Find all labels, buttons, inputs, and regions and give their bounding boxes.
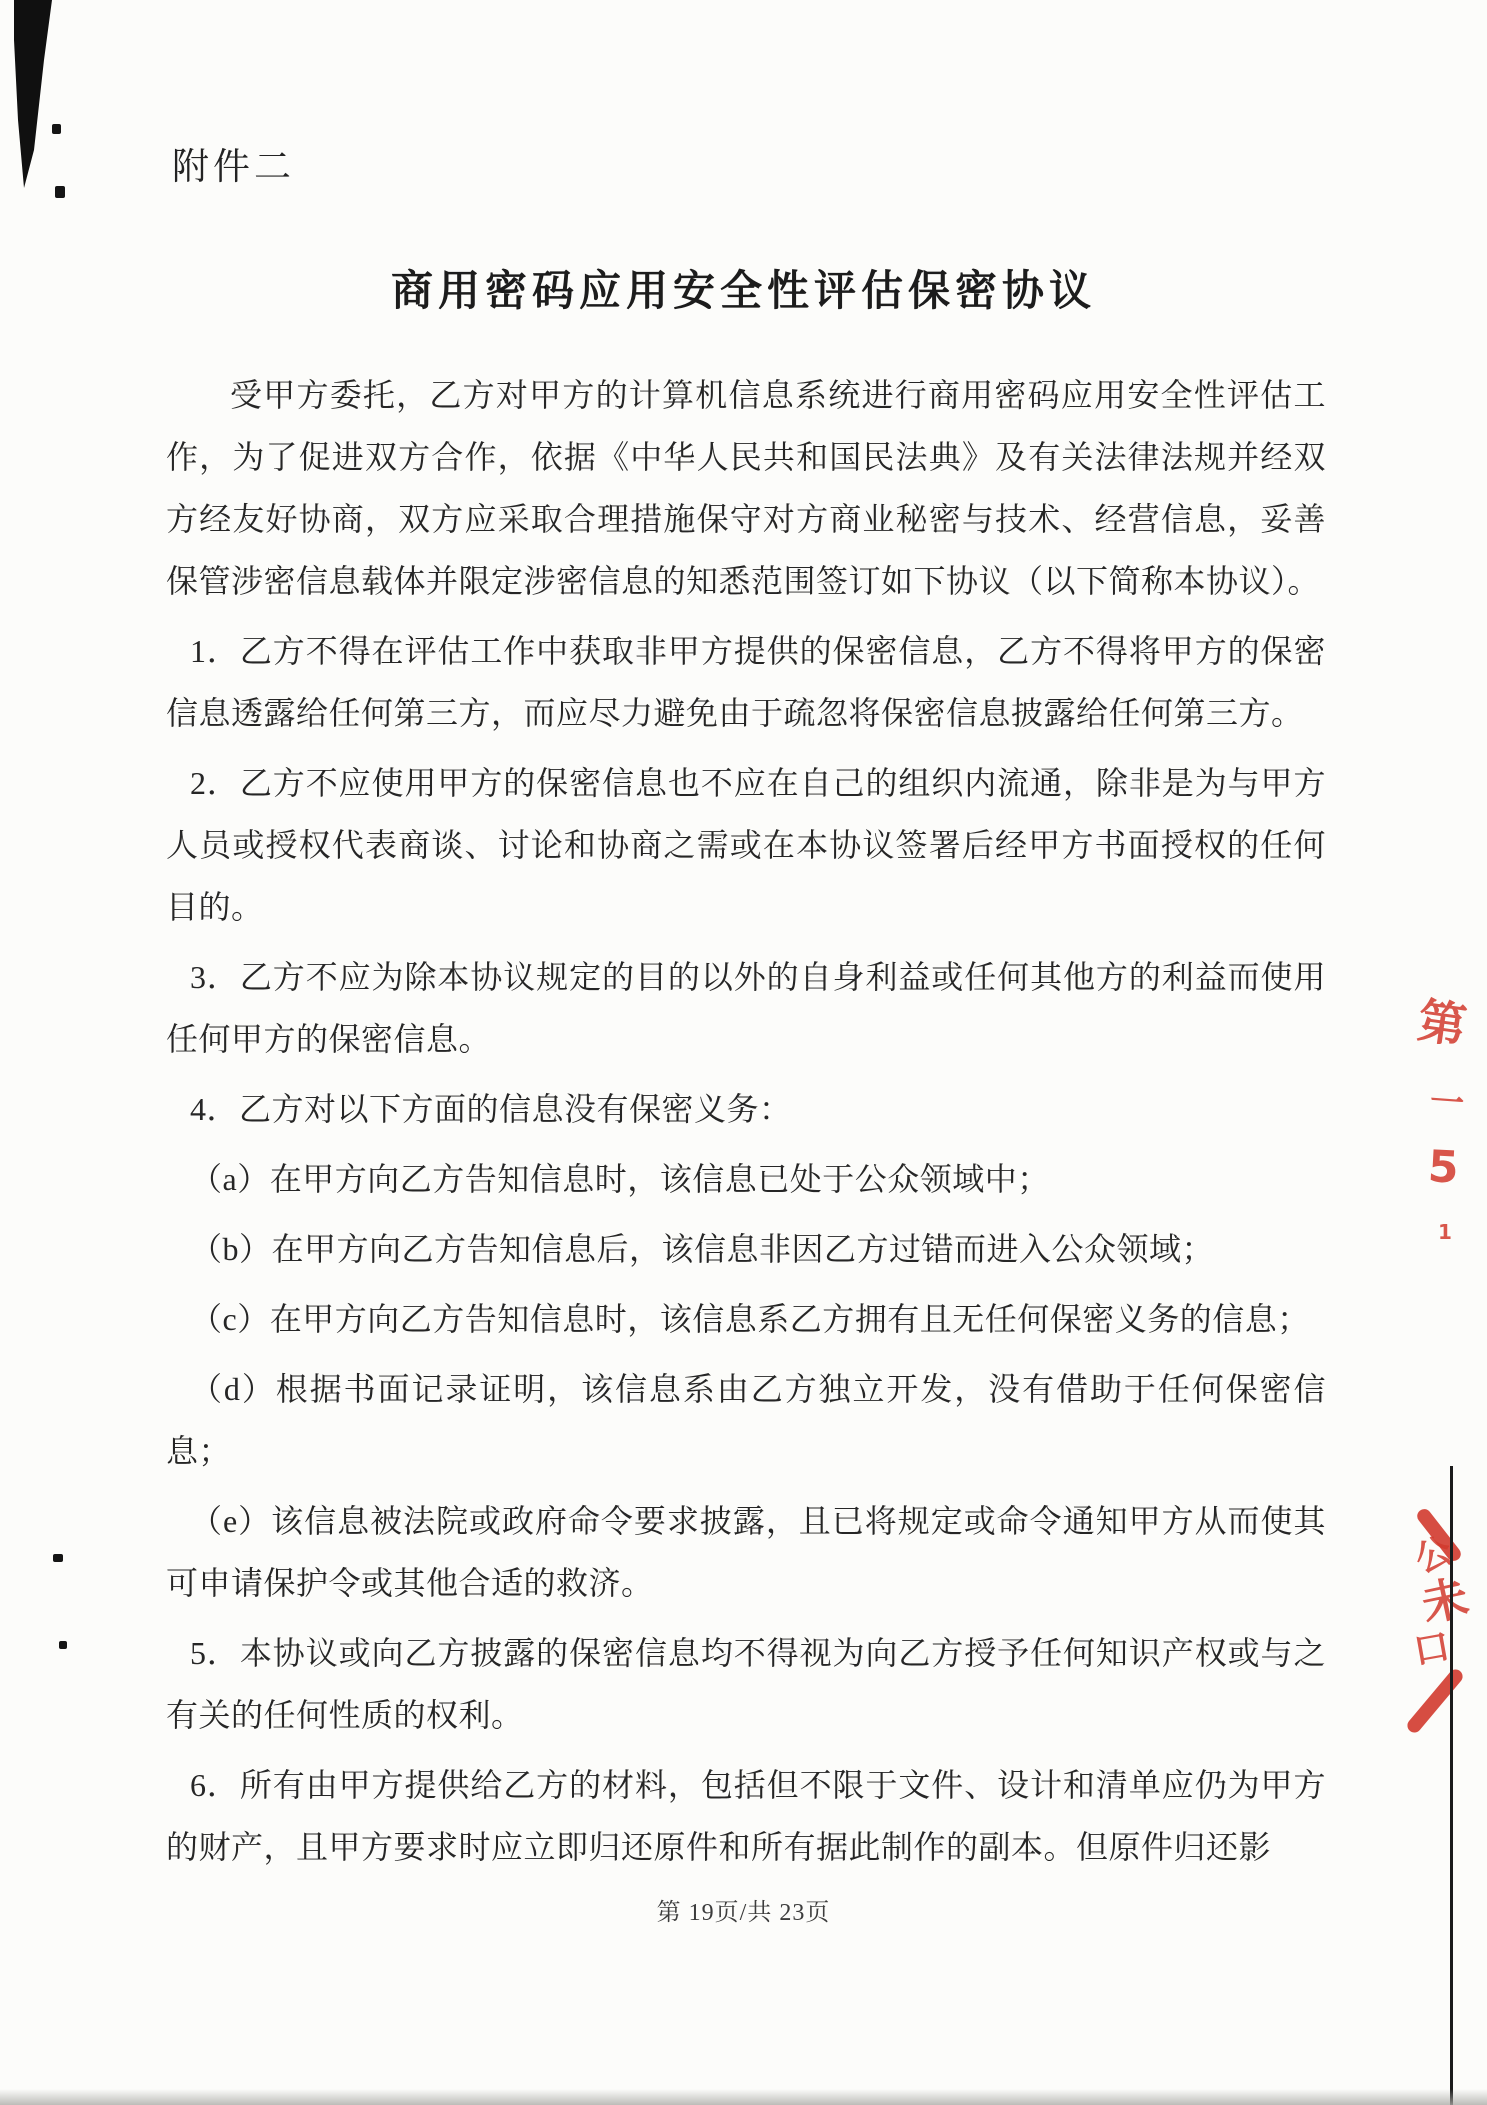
red-stamp-fragment-top: 一 (1429, 1085, 1465, 1121)
document-title: 商用密码应用安全性评估保密协议 (0, 258, 1487, 318)
subclause-e: （e）该信息被法院或政府命令要求披露，且已将规定或命令通知甲方从而使其可申请保护… (166, 1490, 1326, 1614)
document-body: 受甲方委托，乙方对甲方的计算机信息系统进行商用密码应用安全性评估工作，为了促进双… (166, 364, 1326, 1886)
red-stamp-fragment-bottom: 口 (1411, 1629, 1453, 1671)
ink-dot (53, 1554, 63, 1562)
clause-4: 4．乙方对以下方面的信息没有保密义务： (166, 1078, 1326, 1140)
red-stamp-fragment-top: 1 (1438, 1222, 1452, 1242)
bottom-scan-shadow (0, 2089, 1487, 2105)
clause-2: 2．乙方不应使用甲方的保密信息也不应在自己的组织内流通，除非是为与甲方人员或授权… (166, 752, 1326, 938)
clause-6: 6．所有由甲方提供给乙方的材料，包括但不限于文件、设计和清单应仍为甲方的财产，且… (166, 1754, 1326, 1878)
red-stamp-fragment-top: 5 (1427, 1145, 1460, 1191)
clause-3: 3．乙方不应为除本协议规定的目的以外的自身利益或任何其他方的利益而使用任何甲方的… (166, 946, 1326, 1070)
subclause-b: （b）在甲方向乙方告知信息后，该信息非因乙方过错而进入公众领域； (166, 1218, 1326, 1280)
ink-dot (59, 1641, 67, 1649)
scanned-document-page: 附件二 商用密码应用安全性评估保密协议 受甲方委托，乙方对甲方的计算机信息系统进… (0, 0, 1487, 2105)
intro-paragraph: 受甲方委托，乙方对甲方的计算机信息系统进行商用密码应用安全性评估工作，为了促进双… (166, 364, 1326, 612)
clause-5: 5．本协议或向乙方披露的保密信息均不得视为向乙方授予任何知识产权或与之有关的任何… (166, 1622, 1326, 1746)
subclause-a: （a）在甲方向乙方告知信息时，该信息已处于公众领域中； (166, 1148, 1326, 1210)
clause-1: 1．乙方不得在评估工作中获取非甲方提供的保密信息，乙方不得将甲方的保密信息透露给… (166, 620, 1326, 744)
scan-edge-line (1450, 1466, 1453, 2105)
red-stamp-fragment-bottom: 未 (1418, 1574, 1473, 1629)
page-footer: 第 19页/共 23页 (0, 1892, 1487, 1927)
ink-dot (55, 186, 65, 198)
scan-corner-artifact (4, 0, 60, 192)
red-stamp-stroke (1405, 1667, 1466, 1736)
subclause-d: （d）根据书面记录证明，该信息系由乙方独立开发，没有借助于任何保密信息； (166, 1358, 1326, 1482)
red-stamp-fragment-top: 第 (1415, 997, 1469, 1051)
ink-dot (52, 124, 61, 134)
attachment-label: 附件二 (172, 136, 295, 190)
subclause-c: （c）在甲方向乙方告知信息时，该信息系乙方拥有且无任何保密义务的信息； (166, 1288, 1326, 1350)
